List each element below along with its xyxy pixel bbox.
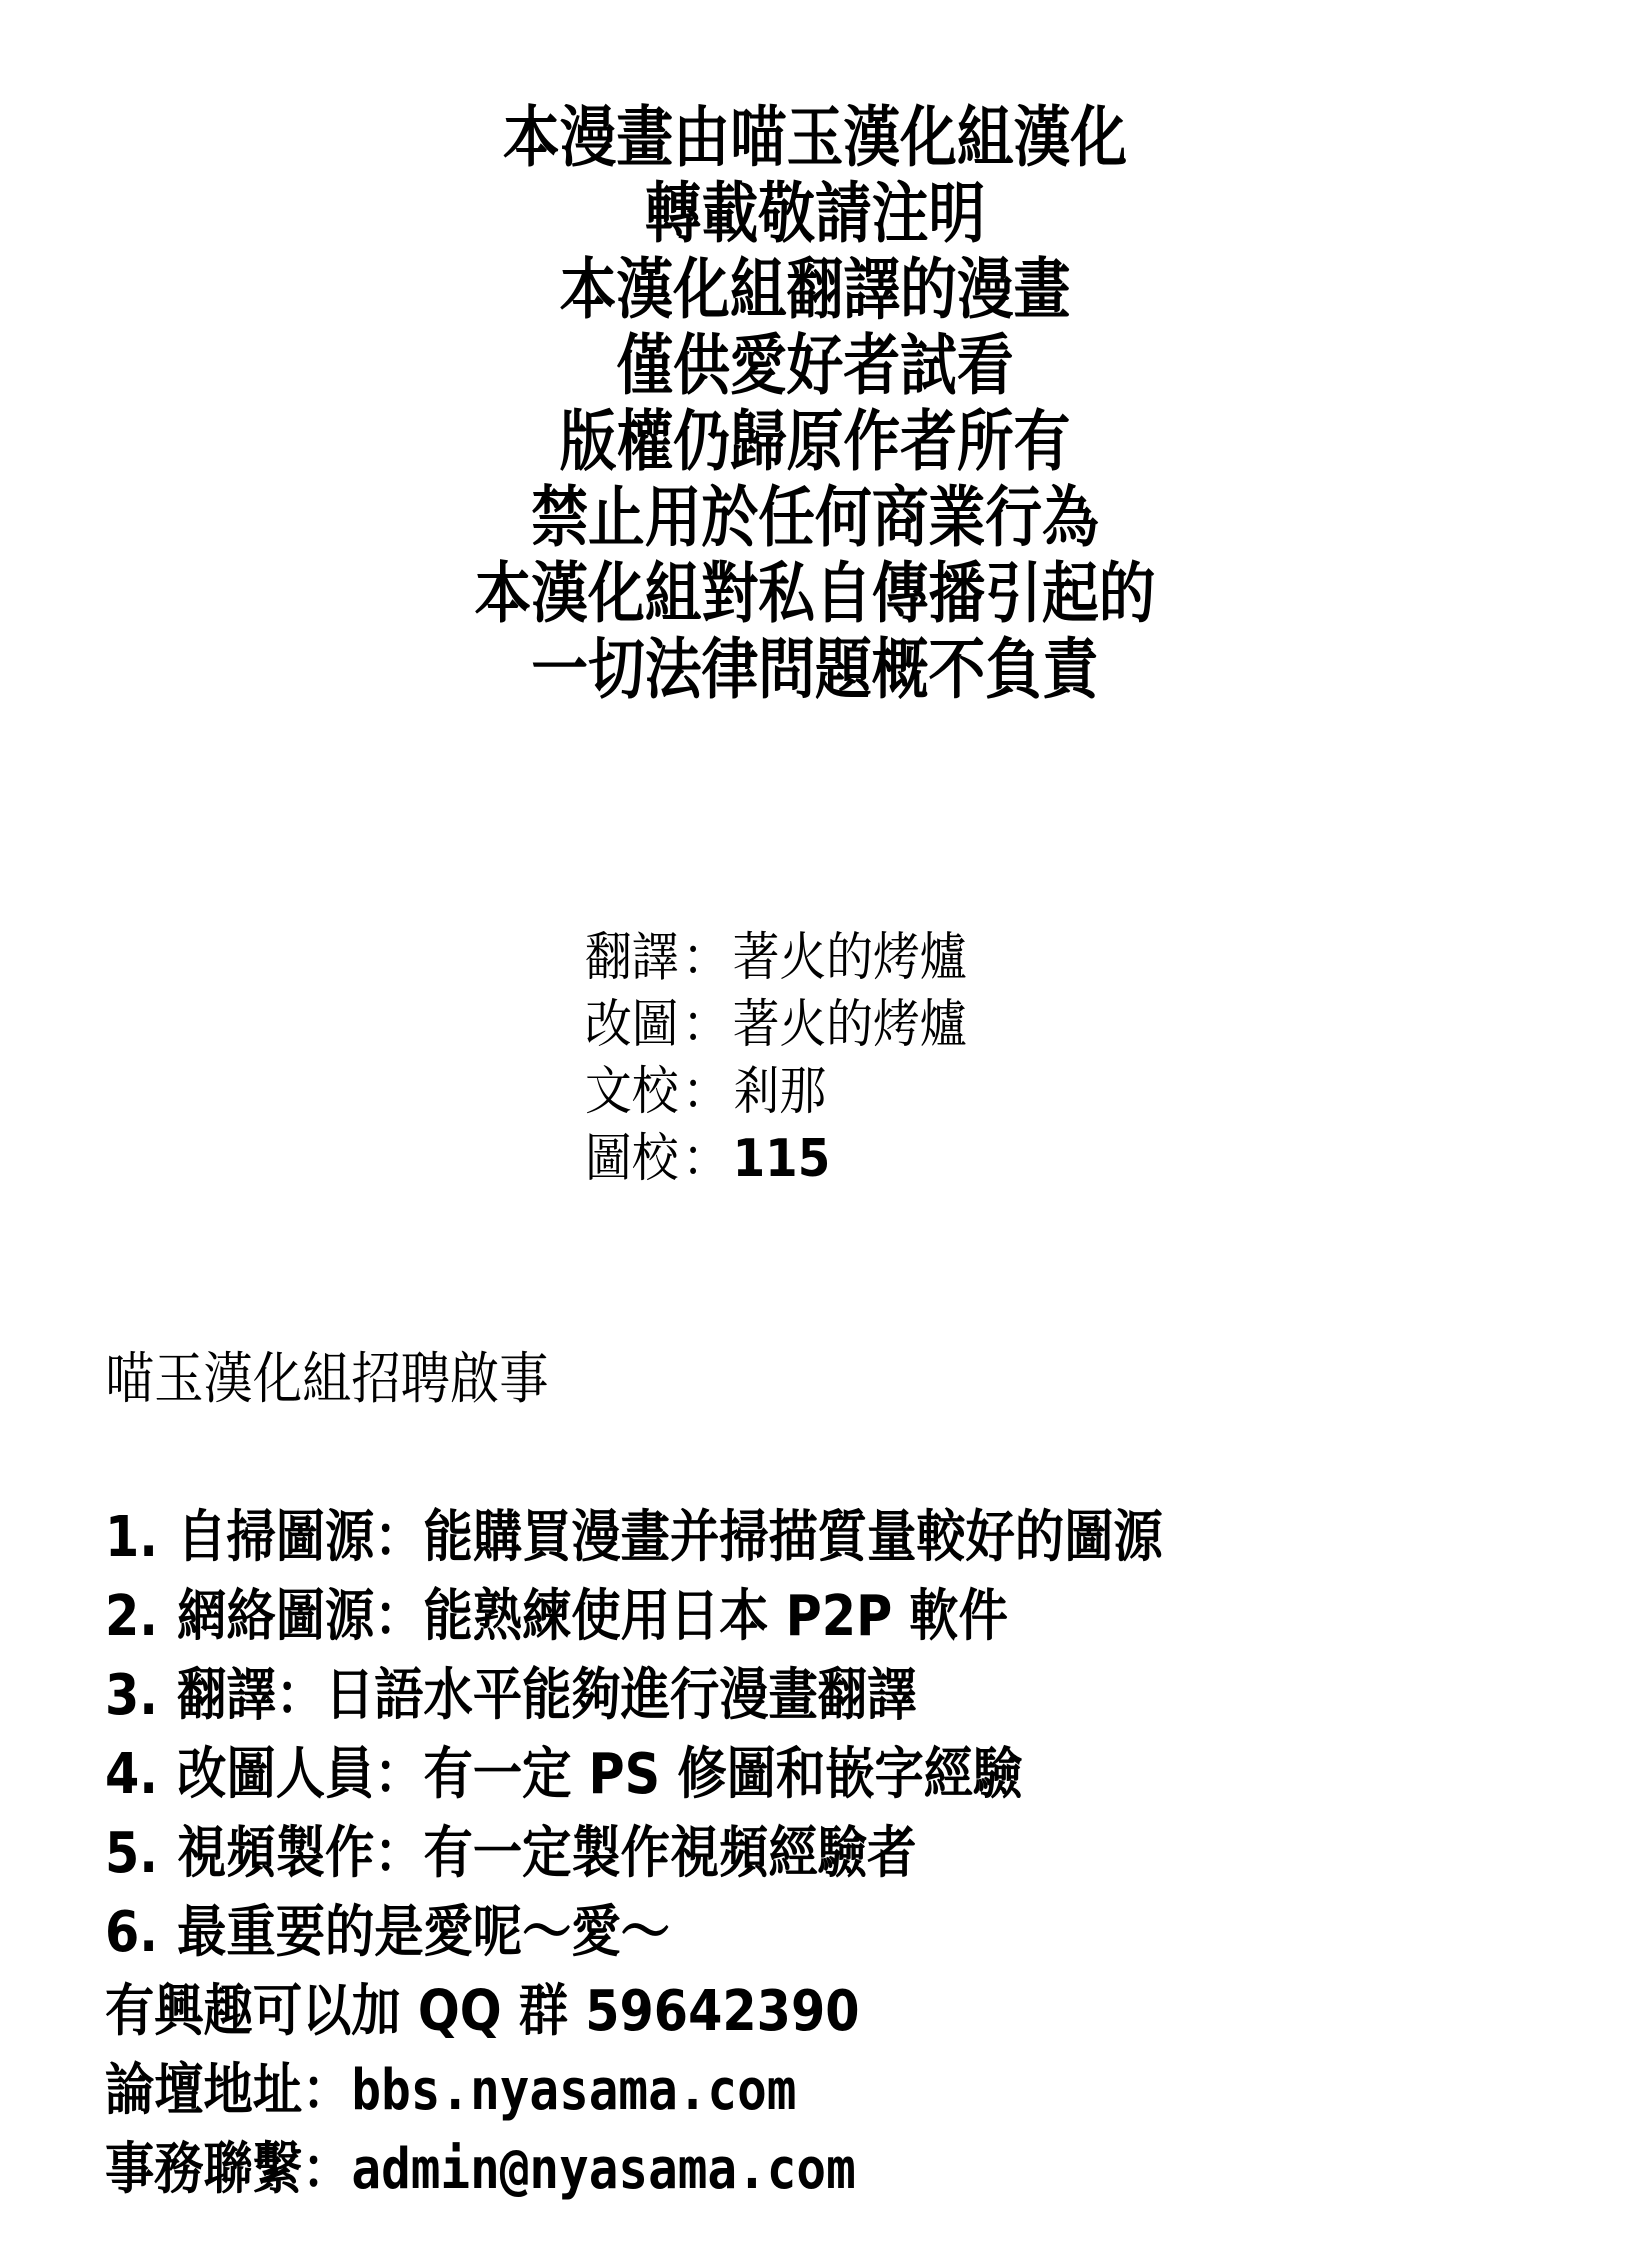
email-line: 事務聯繫：admin@nyasama.com [105,2130,1163,2209]
notice-line: 轉載敬請注明 [114,176,1516,252]
recruitment-item: 1.自掃圖源：能購買漫畫并掃描質量較好的圖源 [105,1498,1163,1577]
notice-line: 一切法律問題概不負責 [114,632,1516,708]
qq-group-line: 有興趣可以加 QQ 群 59642390 [105,1972,1163,2051]
item-text: 翻譯：日語水平能夠進行漫畫翻譯 [177,1663,916,1728]
credit-name: 115 [733,1129,831,1189]
notice-line: 本漫畫由喵玉漢化組漢化 [114,100,1516,176]
recruitment-list: 1.自掃圖源：能購買漫畫并掃描質量較好的圖源 2.網絡圖源：能熟練使用日本 P2… [105,1498,1307,2209]
credit-name: 著火的烤爐 [733,928,967,988]
credit-separator: ： [679,1059,733,1126]
credit-separator: ： [679,992,733,1059]
item-number: 2. [105,1577,177,1656]
qq-group-number: 59642390 [585,1979,859,2044]
item-number: 3. [105,1656,177,1735]
credit-role: 文校 [585,1059,679,1126]
item-number: 5. [105,1814,177,1893]
item-text: 自掃圖源：能購買漫畫并掃描質量較好的圖源 [177,1505,1163,1570]
credit-name: 著火的烤爐 [733,995,967,1055]
recruitment-title: 喵玉漢化組招聘啟事 [105,1345,1163,1415]
recruitment-item: 5.視頻製作：有一定製作視頻經驗者 [105,1814,1163,1893]
qq-label: 有興趣可以加 QQ 群 [105,1979,585,2044]
recruitment-item: 6.最重要的是愛呢～愛～ [105,1893,1163,1972]
email-address: admin@nyasama.com [351,2137,855,2202]
item-number: 1. [105,1498,177,1577]
item-number: 6. [105,1893,177,1972]
credit-role: 改圖 [585,992,679,1059]
forum-url: bbs.nyasama.com [351,2058,796,2123]
recruitment-item: 2.網絡圖源：能熟練使用日本 P2P 軟件 [105,1577,1163,1656]
copyright-notice: 本漫畫由喵玉漢化組漢化 轉載敬請注明 本漢化組翻譯的漫畫 僅供愛好者試看 版權仍… [0,100,1630,708]
email-label: 事務聯繫： [105,2137,351,2202]
notice-line: 禁止用於任何商業行為 [114,480,1516,556]
item-text: 改圖人員：有一定 PS 修圖和嵌字經驗 [177,1742,1022,1807]
credit-editing: 改圖：著火的烤爐 [585,992,967,1059]
recruitment-item: 3.翻譯：日語水平能夠進行漫畫翻譯 [105,1656,1163,1735]
credit-role: 圖校 [585,1126,679,1193]
credit-translation: 翻譯：著火的烤爐 [585,925,967,992]
forum-line: 論壇地址：bbs.nyasama.com [105,2051,1163,2130]
item-number: 4. [105,1735,177,1814]
credit-role: 翻譯 [585,925,679,992]
notice-line: 本漢化組對私自傳播引起的 [114,556,1516,632]
staff-credits: 翻譯：著火的烤爐 改圖：著火的烤爐 文校：剎那 圖校：115 [585,925,1009,1193]
notice-line: 版權仍歸原作者所有 [114,404,1516,480]
item-text: 網絡圖源：能熟練使用日本 P2P 軟件 [177,1584,1008,1649]
recruitment-item: 4.改圖人員：有一定 PS 修圖和嵌字經驗 [105,1735,1163,1814]
item-text: 視頻製作：有一定製作視頻經驗者 [177,1821,916,1886]
credit-text-proofread: 文校：剎那 [585,1059,967,1126]
recruitment-notice: 喵玉漢化組招聘啟事 1.自掃圖源：能購買漫畫并掃描質量較好的圖源 2.網絡圖源：… [105,1345,1307,2209]
credit-separator: ： [679,1126,733,1193]
credit-name: 剎那 [733,1062,827,1122]
credit-image-proofread: 圖校：115 [585,1126,967,1193]
notice-line: 僅供愛好者試看 [114,328,1516,404]
item-text: 最重要的是愛呢～愛～ [177,1900,670,1965]
notice-line: 本漢化組翻譯的漫畫 [114,252,1516,328]
credit-separator: ： [679,925,733,992]
forum-label: 論壇地址： [105,2058,351,2123]
